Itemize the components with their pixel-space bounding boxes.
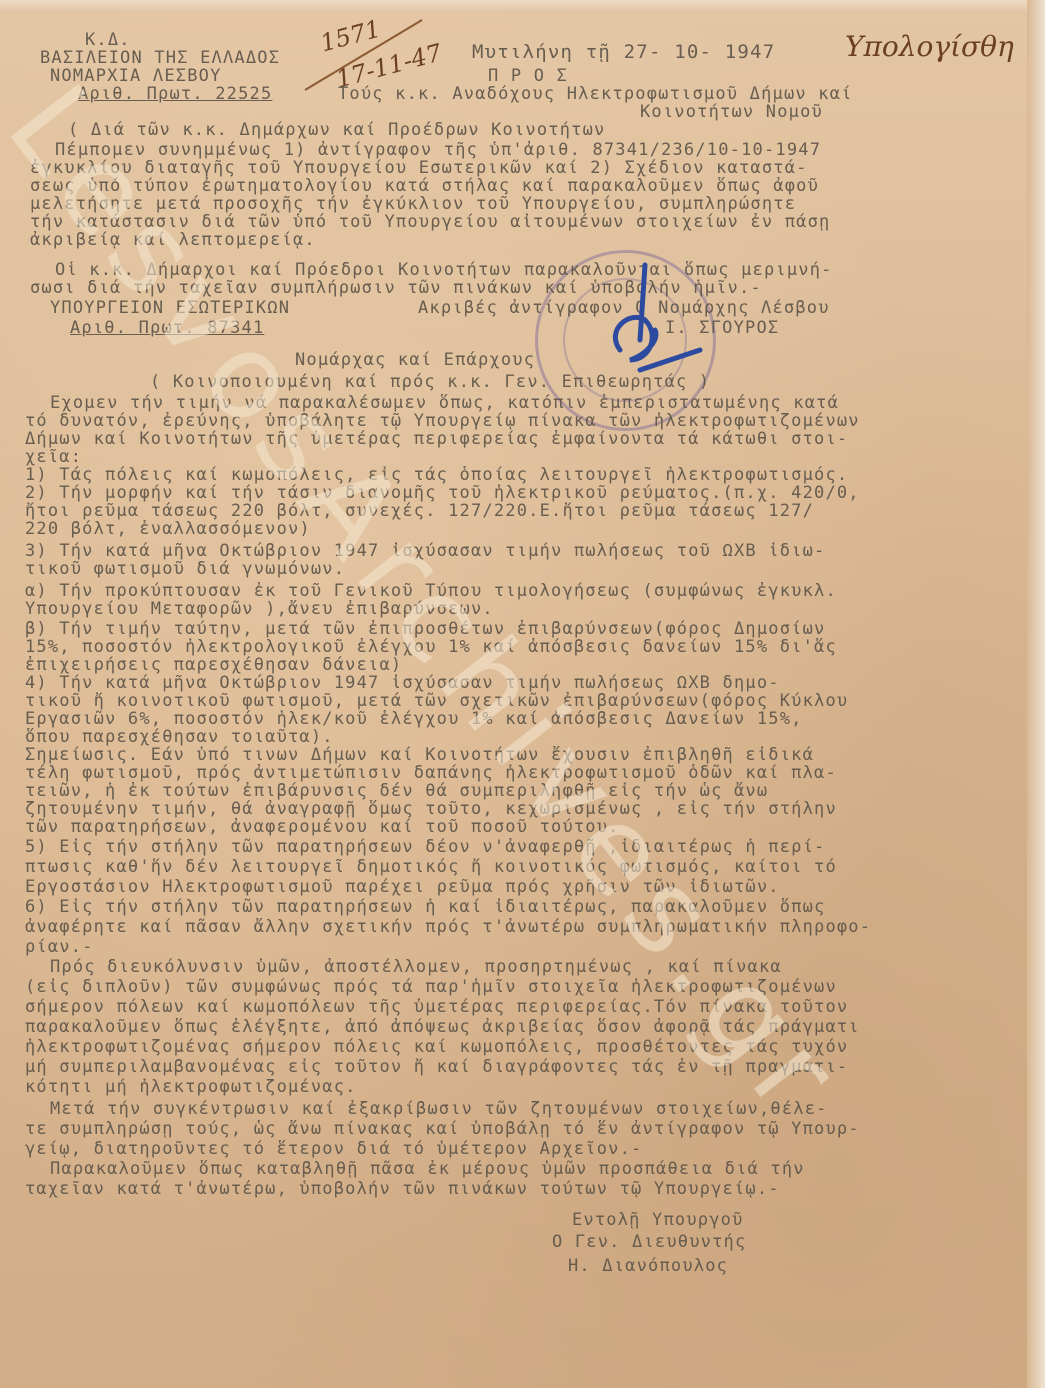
body-line: σεως ὑπό τύπον ἐρωτηματολογίου κατά στήλ…	[30, 176, 819, 196]
circular-line: τικοῦ ἤ κοινοτικοῦ φωτισμοῦ, μετά τῶν σχ…	[25, 691, 848, 711]
circular-line: τό δυνατόν, ἐρεύνης, ὑποβάλητε τῷ Υπουργ…	[25, 411, 860, 431]
copy-addressee: Νομάρχας καί Επάρχους	[295, 350, 535, 370]
circular-line: ὅπου παρεσχέθησαν τοιαῦτα).	[25, 727, 334, 747]
header-place-date: Μυτιλήνη τῇ 27- 10- 1947	[472, 42, 775, 62]
circular-line: Δήμων καί Κοινοτήτων τῆς ὑμετέρας περιφε…	[25, 429, 848, 449]
circular-line: β) Τήν τιμήν ταύτην, μετά τῶν ἐπιπροσθέτ…	[25, 619, 825, 639]
circular-line: Πρός διευκόλυνσιν ὑμῶν, ἀποστέλλομεν, πρ…	[50, 957, 782, 977]
circular-line: τῶν παρατηρήσεων, ἀναφερομένου καί τοῦ π…	[25, 817, 620, 837]
handwritten-top-right-note: Υπολογίσθη	[845, 30, 1014, 63]
circular-line: ἐπιχειρήσεις παρεσχέθησαν δάνεια)	[25, 655, 402, 675]
body-line: ἀκριβείᾳ καί λεπτομερείᾳ.	[30, 230, 316, 250]
paper-top-edge	[0, 0, 1045, 14]
header-recipient-2: Κοινοτήτων Νομοῦ	[640, 102, 823, 122]
header-to-label: Π Ρ Ο Σ	[488, 66, 568, 86]
circular-line: Εργασιῶν 6%, ποσοστόν ἠλεκ/κοῦ ἐλέγχου 1…	[25, 709, 803, 729]
header-prefecture: ΝΟΜΑΡΧΙΑ ΛΕΣΒΟΥ	[50, 66, 222, 86]
copy-protocol: Αριθ. Πρωτ. 87341	[70, 318, 264, 338]
blue-signature	[600, 260, 710, 400]
circular-line: παρακαλοῦμεν ὅπως ἐλέγξητε, ἀπό ἀπόψεως …	[25, 1017, 860, 1037]
signature-line-title: Ο Γεν. Διευθυντής	[552, 1232, 746, 1252]
body-line: τήν κατάστασιν διά τῶν ὑπό τοῦ Υπουργείο…	[30, 212, 830, 232]
body-line: Πέμπομεν συνημμένως 1) ἀντίγραφον τῆς ὑπ…	[55, 140, 821, 160]
circular-line: 6) Εἰς τήν στήλην τῶν παρατηρήσεων ἡ καί…	[25, 897, 825, 917]
circular-line: Μετά τήν συγκέντρωσιν καί ἐξακρίβωσιν τῶ…	[50, 1099, 828, 1119]
header-kingdom: ΒΑΣΙΛΕΙΟΝ ΤΗΣ ΕΛΛΑΔΟΣ	[40, 48, 280, 68]
circular-line: 4) Τήν κατά μῆνα Οκτώβριον 1947 ἰσχύσασα…	[25, 673, 780, 693]
signature-line-order: Εντολῇ Υπουργοῦ	[572, 1210, 744, 1230]
circular-line: σήμερον πόλεων καί κωμοπόλεων τῆς ὑμετέρ…	[25, 997, 848, 1017]
circular-line: κότητι μή ἠλεκτροφωτιζομένας.	[25, 1077, 357, 1097]
circular-line: 1) Τάς πόλεις καί κωμοπόλεις, εἰς τάς ὁπ…	[25, 465, 848, 485]
circular-line: ταχεῖαν κατά τ'ἀνωτέρω, ὑποβολήν τῶν πιν…	[25, 1179, 780, 1199]
circular-line: 15%, ποσοστόν ἠλεκτρολογικοῦ ἐλέγχου 1% …	[25, 637, 837, 657]
body-line: μελετήσητε μετά προσοχῆς τήν ἐγκύκλιον τ…	[30, 194, 796, 214]
circular-line: Υπουργείου Μεταφορῶν ),ἄνευ ἐπιβαρύνσεων…	[25, 599, 494, 619]
circular-line: (εἰς διπλοῦν) τῶν συμφώνως πρός τά παρ'ἡ…	[25, 977, 837, 997]
signature-line-name: Η. Διανόπουλος	[568, 1256, 728, 1276]
copy-ministry: ΥΠΟΥΡΓΕΙΟΝ ΕΣΩΤΕΡΙΚΩΝ	[50, 298, 290, 318]
circular-line: τέλη φωτισμοῦ, πρός ἀντιμετώπισιν δαπάνη…	[25, 763, 837, 783]
circular-line: Παρακαλοῦμεν ὅπως καταβληθῇ πᾶσα ἐκ μέρο…	[50, 1159, 805, 1179]
circular-line: Εχομεν τήν τιμήν νά παρακαλέσωμεν ὅπως, …	[50, 393, 839, 413]
header-via: ( Διά τῶν κ.κ. Δημάρχων καί Προέδρων Κοι…	[68, 120, 605, 140]
body-line: ἐγκυκλίου διαταγῆς τοῦ Υπουργείου Εσωτερ…	[30, 158, 808, 178]
circular-line: μή συμπεριλαμβανομένας εἰς τοῦτον ἤ καί …	[25, 1057, 848, 1077]
circular-line: γείῳ, διατηροῦντες τό ἕτερον διά τό ὑμέτ…	[25, 1139, 642, 1159]
circular-line: 3) Τήν κατά μῆνα Οκτώβριον 1947 ἰσχύσασα…	[25, 541, 825, 561]
circular-line: πτωσις καθ'ἥν δέν λειτουργεῖ δημοτικός ἤ…	[25, 857, 837, 877]
header-protocol: Αριθ. Πρωτ. 22525	[78, 84, 272, 104]
circular-line: 220 βόλτ, ἐναλλασσόμενον)	[25, 519, 311, 539]
circular-line: Σημείωσις. Εάν ὑπό τινων Δήμων καί Κοινο…	[25, 745, 814, 765]
circular-line: ἀναφέρητε καί πᾶσαν ἄλλην σχετικήν πρός …	[25, 917, 871, 937]
circular-line: τικοῦ φωτισμοῦ διά γνωμόνων.	[25, 559, 345, 579]
circular-line: χεῖα:	[25, 447, 82, 467]
header-initials: Κ.Δ.	[85, 30, 131, 50]
circular-line: ζητουμένην τιμήν, θά ἀναγραφῇ ὅμως τοῦτο…	[25, 799, 837, 819]
handwritten-strike-line	[300, 15, 430, 95]
paper-right-edge	[1027, 0, 1045, 1388]
circular-line: α) Τήν προκύπτουσαν ἐκ τοῦ Γενικοῦ Τύπου…	[25, 581, 837, 601]
circular-line: τε συμπληρώσῃ τούς, ὡς ἄνω πίνακας καί ὑ…	[25, 1119, 860, 1139]
circular-line: τειῶν, ἡ ἐκ τούτων ἐπιβάρυνσις δέν θά συ…	[25, 781, 768, 801]
circular-line: 2) Τήν μορφήν καί τήν τάσιν διανομῆς τοῦ…	[25, 483, 860, 503]
circular-line: Εργοστάσιον Ηλεκτροφωτισμοῦ παρέχει ρεῦμ…	[25, 877, 780, 897]
circular-line: ἤτοι ρεῦμα τάσεως 220 βόλτ, συνεχές. 127…	[25, 501, 814, 521]
body-line: Οἱ κ.κ. Δήμαρχοι καί Πρόεδροι Κοινοτήτων…	[55, 260, 833, 280]
circular-line: ἠλεκτροφωτιζομένας σήμερον πόλεις καί κω…	[25, 1037, 848, 1057]
circular-line: 5) Εἰς τήν στήλην τῶν παρατηρήσεων δέον …	[25, 837, 825, 857]
circular-line: ρίαν.-	[25, 937, 94, 957]
